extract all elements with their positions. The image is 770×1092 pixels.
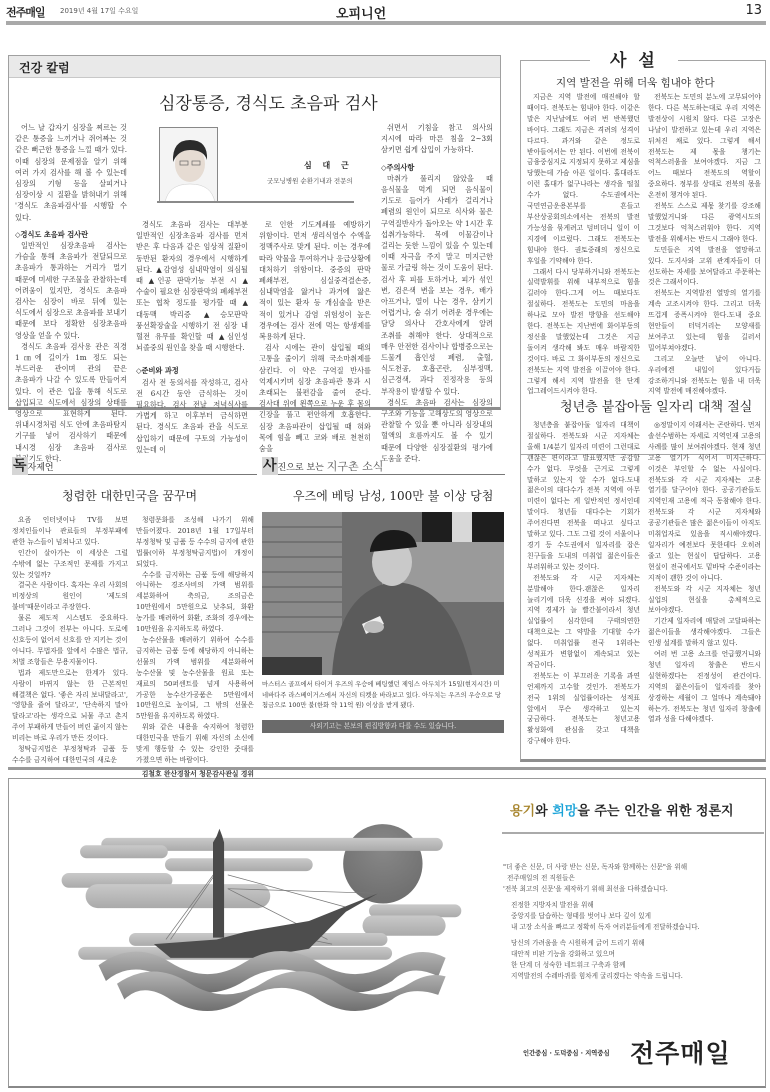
article-paragraph: 결국은 사람이다. 혹자는 우리 사회의 비정상의 원인이 '제도의 불비'때문… bbox=[12, 580, 128, 613]
section-label: 자제언 bbox=[28, 463, 54, 473]
ad-line: '전북 최고의 신문'을 제작하기 위해 최선을 다하겠습니다. bbox=[503, 884, 765, 895]
reader-column-col-2: 청렴문화를 조성해 나가기 위해 만들어졌다. 2018년 1월 17일부터 부… bbox=[136, 515, 254, 780]
slogan-courage: 용기 bbox=[510, 804, 535, 819]
ad-line: 중앙지를 답습하는 형태를 벗어나 보다 깊이 있게 bbox=[511, 911, 765, 922]
section-label-emphasis: 지구촌 소식 bbox=[327, 460, 384, 473]
ad-line: 전주매일의 전 직원들은 bbox=[503, 873, 765, 884]
ad-line: 한 단계 더 성숙한 네트워크 구축과 함께 bbox=[511, 960, 765, 971]
article-paragraph: 전북도는 이 부끄러운 기록을 과연 언제까지 고수할 것인가. 전북도가 전국… bbox=[527, 671, 640, 747]
section-initial: 독 bbox=[12, 457, 28, 475]
ad-paragraph: "더 좋은 신문, 더 사랑 받는 신문, 독자와 함께하는 신문"을 위해 전… bbox=[503, 862, 765, 895]
ad-line: 대안적 비판 기능을 강화하고 있으며 bbox=[511, 949, 765, 960]
article-paragraph: 검사 전 동의서를 작성하고, 검사 전 6시간 동안 금식하는 것이 필요하다… bbox=[136, 377, 248, 455]
article-paragraph: 경식도 초음파 검사는 대부분 일반적인 심장초음파 검사를 먼저 받은 후 다… bbox=[136, 219, 248, 353]
newspaper-logo: 전주매일 bbox=[6, 4, 45, 20]
news-photo bbox=[262, 512, 504, 675]
ad-logo: 전주매일 bbox=[630, 1034, 731, 1070]
editorial-topline bbox=[678, 60, 766, 61]
author-name: 심 대 근 bbox=[304, 160, 353, 171]
editorial-headline-2: 청년층 붙잡아둘 일자리 대책 절실 bbox=[560, 396, 752, 415]
article-subheading: ◇주의사항 bbox=[381, 162, 493, 173]
health-column: 건강 칼럼 심장통증, 경식도 초음파 검사 어느 날 갑자기 심장을 찌르는 … bbox=[8, 55, 501, 410]
article-paragraph: 검사 시에는 관이 삽입될 때의 고통을 줄이기 위해 국소마취제를 삼킨다. … bbox=[259, 342, 371, 454]
article-subheading: ◇준비와 과정 bbox=[136, 365, 248, 376]
article-paragraph: 법과 제도만으로는 한계가 있다. 사람이 바뀌지 않는 한 근본적인 해결책은… bbox=[12, 668, 128, 744]
ad-line: 당신의 가려움을 속 시원하게 긁어 드리기 위해 bbox=[511, 938, 765, 949]
article-paragraph: 경식도 초음파 검사는 심장의 구조와 기능을 고해상도의 영상으로 관찰할 수… bbox=[381, 397, 493, 464]
editorial-1-column-1: 지금은 지역 발전에 매진해야 할 때이다. 전북도는 힘내야 한다. 이같은 … bbox=[527, 92, 640, 397]
article-paragraph: 로 인한 기도계쇄를 예방하기 위함이다. 먼저 생리식염수 수액을 정맥주사로… bbox=[259, 219, 371, 342]
editorial-2-column-1: 청년층을 붙잡아둘 일자리 대책이 절실하다. 전북도와 시군 지자체는 올해 … bbox=[527, 420, 640, 747]
article-paragraph: 기간제 일자리에 매달려 고달파하는 젊은이들을 생각해야겠다. 그들은 인생 … bbox=[648, 616, 761, 649]
ad-line: 지역발전의 수레바퀴를 힘차게 굴리겠다는 약속을 드립니다. bbox=[511, 971, 765, 982]
article-paragraph: 전북도는 지역발전 열망의 열기를 계속 고조시켜야 한다. 그리고 더욱 뜨겁… bbox=[648, 288, 761, 353]
section-label: 진으로 보는 bbox=[278, 463, 327, 473]
article-paragraph: 전북도 스스로 제몫 찾기를 강조해 말했었거니와 다른 광역시도의 그것보다 … bbox=[648, 201, 761, 245]
article-paragraph: 일반적인 심장초음파 검사는 가슴을 통해 초음파가 전달되므로 초음파가 통과… bbox=[15, 240, 127, 341]
article-paragraph: 농수산물을 배려하기 위하여 수수를 금지하는 금품 등에 해당하지 아니하는 … bbox=[136, 635, 254, 722]
article-paragraph: 경식도 초음파 검사용 관은 직경 1㎝에 길이가 1m 정도 되는 부드러운 … bbox=[15, 341, 127, 464]
slogan-text: 을 주는 인간을 위한 정론지 bbox=[577, 804, 733, 819]
article-column-3: 로 인한 기도계쇄를 예방하기 위함이다. 먼저 생리식염수 수액을 정맥주사로… bbox=[259, 219, 371, 454]
ad-paragraph: 당신의 가려움을 속 시원하게 긁어 드리기 위해 대안적 비판 기능을 강화하… bbox=[503, 938, 765, 982]
author-rule bbox=[157, 201, 354, 203]
section-initial: 사 bbox=[262, 457, 278, 475]
editorial-2-column-2: ◎정말이지 이래서는 곤란하다. 먼저 솔선수범하는 자세로 지역인재 고용의 … bbox=[648, 420, 761, 725]
ship-illustration bbox=[29, 801, 469, 1041]
article-paragraph: 마취가 풀리지 않았을 때 음식물을 먹게 되면 음식물이 기도로 들어가 사레… bbox=[381, 173, 493, 397]
article-paragraph: 전북도와 각 시군 지자체는 분발해야 한다.괜찮은 일자리 늘리기에 더욱 신… bbox=[527, 573, 640, 671]
article-paragraph: 전북도와 각 시군 지자체는 청년 실업의 현실을 총체적으로 보아야겠다. bbox=[648, 584, 761, 617]
article-paragraph: 여러 번 고용 쇼크를 언급했거니와 청년 일자리 창출은 반드시 실현하겠다는… bbox=[648, 649, 761, 725]
slogan-hope: 희망 bbox=[552, 804, 577, 819]
photo-news-headline: 우즈에 베팅 남성, 100만 불 이상 당첨 bbox=[293, 487, 493, 504]
editorial-label: 사 설 bbox=[610, 46, 658, 71]
article-paragraph: 청탁금지법은 부정청탁과 금품 등 수수를 금지하여 대한민국의 새로운 bbox=[12, 744, 128, 766]
article-subheading: ◇경식도 초음파 검사란 bbox=[15, 229, 127, 240]
author-affiliation: 굿모닝병원 순환기내과 전문의 bbox=[267, 176, 353, 185]
ad-line: "더 좋은 신문, 더 사랑 받는 신문, 독자와 함께하는 신문"을 위해 bbox=[503, 862, 765, 873]
photo-caption: 마스터스 골프에서 타이거 우즈의 우승에 베팅했던 제임스 아두치가 15일(… bbox=[262, 680, 504, 712]
article-paragraph: 전북도는 도민의 분노에 고무되어야 한다. 다른 복도하는대로 우리 지역은 … bbox=[648, 92, 761, 201]
slogan-text: 와 bbox=[535, 804, 552, 819]
article-paragraph: 청년층을 붙잡아둘 일자리 대책이 절실하다. 전북도와 시군 지자체는 올해 … bbox=[527, 420, 640, 573]
article-paragraph: 요즘 인터넷이나 TV를 보면 정치인들이나 관료들의 부정부패에 관한 뉴스들… bbox=[12, 515, 128, 548]
article-headline: 심장통증, 경식도 초음파 검사 bbox=[159, 89, 378, 114]
article-paragraph: 어느 날 갑자기 심장을 찌르는 것 같은 통증을 느끼거나 쥐어짜는 것 같은… bbox=[15, 122, 127, 223]
editorial-headline-1: 지역 발전을 위해 더욱 힘내야 한다 bbox=[556, 75, 715, 90]
header-rule bbox=[6, 21, 766, 25]
ad-rule bbox=[502, 832, 764, 834]
ad-line: 내 고장 소식을 빠르고 정확히 독자 여러분들에게 전달하겠습니다. bbox=[511, 922, 765, 933]
page-number: 13 bbox=[745, 3, 762, 18]
article-paragraph: 인간이 살아가는 이 세상은 그럴 수밖에 없는 구조적인 문제를 가지고 있는… bbox=[12, 548, 128, 581]
article-paragraph: 그래서 다시 당부하거니와 전북도는 실력발휘를 위해 내부적으로 힘을 길러야… bbox=[527, 267, 640, 398]
article-paragraph: 수수를 금지하는 금품 등에 해당하지 아니하는 경조사비의 가액 범위를 세분… bbox=[136, 570, 254, 635]
article-paragraph: 도민들은 지역 발전을 열망하고 있다. 도지사와 고위 관계자들이 더 선도하… bbox=[648, 245, 761, 289]
ad-tagline: 인간중심 · 도덕중심 · 지역중심 bbox=[523, 1048, 610, 1057]
ad-slogan: 용기와 희망을 주는 인간을 위한 정론지 bbox=[510, 800, 734, 819]
article-paragraph: 그리고 오늘만 날이 아니다. 우리에겐 내일이 있다거듭 강조하거니와 전북도… bbox=[648, 354, 761, 398]
article-paragraph: 쉬면서 기침을 참고 의사의 지시에 따라 마른 침을 2~3회 삼키면 쉽게 … bbox=[381, 122, 493, 156]
photo-news-header: 사진으로 보는 지구촌 소식 bbox=[262, 455, 505, 475]
ad-paragraph: 진정한 지방자치 발전을 위해 중앙지를 답습하는 형태를 벗어나 보다 깊이 … bbox=[503, 900, 765, 933]
article-column-4: 쉬면서 기침을 참고 의사의 지시에 따라 마른 침을 2~3회 삼키면 쉽게 … bbox=[381, 122, 493, 464]
reader-column-header: 독자제언 bbox=[12, 455, 257, 475]
section-divider bbox=[8, 767, 766, 770]
article-paragraph: 청렴문화를 조성해 나가기 위해 만들어졌다. 2018년 1월 17일부터 부… bbox=[136, 515, 254, 570]
editorial-topline bbox=[520, 60, 590, 61]
reader-column-col-1: 요즘 인터넷이나 TV를 보면 정치인들이나 관료들의 부정부패에 관한 뉴스들… bbox=[12, 515, 128, 766]
ad-line: 진정한 지방자치 발전을 위해 bbox=[511, 900, 765, 911]
health-column-tagbar: 건강 칼럼 bbox=[9, 56, 500, 78]
article-paragraph: ◎정말이지 이래서는 곤란하다. 먼저 솔선수범하는 자세로 지역인재 고용의 … bbox=[648, 420, 761, 584]
disclaimer-bar: 사외기고는 본보의 편집방향과 다를 수도 있습니다. bbox=[262, 720, 504, 733]
article-column-2: 경식도 초음파 검사는 대부분 일반적인 심장초음파 검사를 먼저 받은 후 다… bbox=[136, 219, 248, 455]
reader-column-headline: 청렴한 대한민국을 꿈꾸며 bbox=[62, 487, 197, 504]
column-tag: 건강 칼럼 bbox=[19, 59, 70, 76]
article-column-1: 어느 날 갑자기 심장을 찌르는 것 같은 통증을 느끼거나 쥐어짜는 것 같은… bbox=[15, 122, 127, 464]
section-title: 오피니언 bbox=[336, 3, 386, 22]
article-paragraph: 위와 같은 내용을 숙지하여 청렴한 대한민국을 만들기 위해 자신의 소신에 … bbox=[136, 722, 254, 766]
author-photo bbox=[159, 127, 218, 202]
ad-body: "더 좋은 신문, 더 사랑 받는 신문, 독자와 함께하는 신문"을 위해 전… bbox=[503, 862, 765, 987]
editorial-1-column-2: 전북도는 도민의 분노에 고무되어야 한다. 다른 복도하는대로 우리 지역은 … bbox=[648, 92, 761, 397]
issue-date: 2019년 4월 17일 수요일 bbox=[60, 6, 138, 16]
article-paragraph: 물론 제도적 시스템도 중요하다. 그러나 그것이 전부는 아니다. 도로에 신… bbox=[12, 613, 128, 668]
article-paragraph: 지금은 지역 발전에 매진해야 할 때이다. 전북도는 힘내야 한다. 이같은 … bbox=[527, 92, 640, 267]
